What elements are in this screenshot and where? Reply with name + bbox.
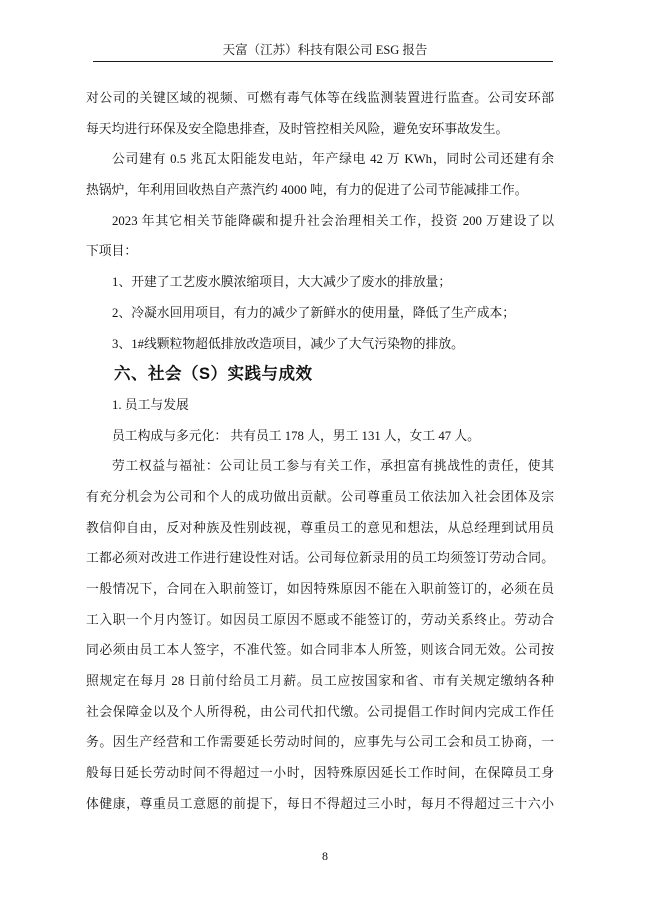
text-line: 教信仰自由，反对种族及性别歧视，尊重员工的意见和想法，从总经理到试用员 [86,513,554,544]
text-line: 每天均进行环保及安全隐患排查，及时管控相关风险，避免安环事故发生。 [86,114,554,145]
text-line: 务。因生产经营和工作需要延长劳动时间的，应事先与公司工会和员工协商，一 [86,727,554,758]
text-line: 同必须由员工本人签字，不准代签。如合同非本人所签，则该合同无效。公司按 [86,635,554,666]
text-line: 一般情况下，合同在入职前签订，如因特殊原因不能在入职前签订的，必须在员 [86,574,554,605]
text-line: 1、开建了工艺废水膜浓缩项目，大大减少了废水的排放量； [86,267,554,298]
text-line: 1. 员工与发展 [86,390,554,421]
page-header-title: 天富（江苏）科技有限公司 ESG 报告 [0,42,650,58]
text-line: 体健康，尊重员工意愿的前提下，每日不得超过三小时，每月不得超过三十六小 [86,789,554,820]
text-line: 2023 年其它相关节能降碳和提升社会治理相关工作，投资 200 万建设了以 [86,206,554,237]
text-line: 工入职一个月内签订。如因员工原因不愿或不能签订的，劳动关系终止。劳动合 [86,605,554,636]
document-page: 天富（江苏）科技有限公司 ESG 报告 对公司的关键区域的视频、可燃有毒气体等在… [0,0,650,919]
header-divider [93,61,553,62]
text-line: 劳工权益与福祉：公司让员工参与有关工作，承担富有挑战性的责任，使其 [86,451,554,482]
text-line: 对公司的关键区域的视频、可燃有毒气体等在线监测装置进行监查。公司安环部 [86,83,554,114]
text-line: 有充分机会为公司和个人的成功做出贡献。公司尊重员工依法加入社会团体及宗 [86,482,554,513]
text-line: 3、1#线颗粒物超低排放改造项目，减少了大气污染物的排放。 [86,329,554,360]
text-line: 工都必须对改进工作进行建设性对话。公司每位新录用的员工均须签订劳动合同。 [86,543,554,574]
text-line: 般每日延长劳动时间不得超过一小时，因特殊原因延长工作时间，在保障员工身 [86,758,554,789]
text-line: 公司建有 0.5 兆瓦太阳能发电站，年产绿电 42 万 KWh，同时公司还建有余 [86,144,554,175]
text-line: 2、冷凝水回用项目，有力的减少了新鲜水的使用量，降低了生产成本； [86,298,554,329]
text-line: 照规定在每月 28 日前付给员工月薪。员工应按国家和省、市有关规定缴纳各种 [86,666,554,697]
section-heading: 六、社会（S）实践与成效 [86,359,554,390]
text-line: 下项目： [86,236,554,267]
page-number: 8 [0,849,650,863]
document-body: 对公司的关键区域的视频、可燃有毒气体等在线监测装置进行监查。公司安环部每天均进行… [86,83,554,820]
text-line: 热锅炉，年利用回收热自产蒸汽约 4000 吨，有力的促进了公司节能减排工作。 [86,175,554,206]
text-line: 社会保障金以及个人所得税，由公司代扣代缴。公司提倡工作时间内完成工作任 [86,697,554,728]
text-line: 员工构成与多元化： 共有员工 178 人，男工 131 人，女工 47 人。 [86,421,554,452]
